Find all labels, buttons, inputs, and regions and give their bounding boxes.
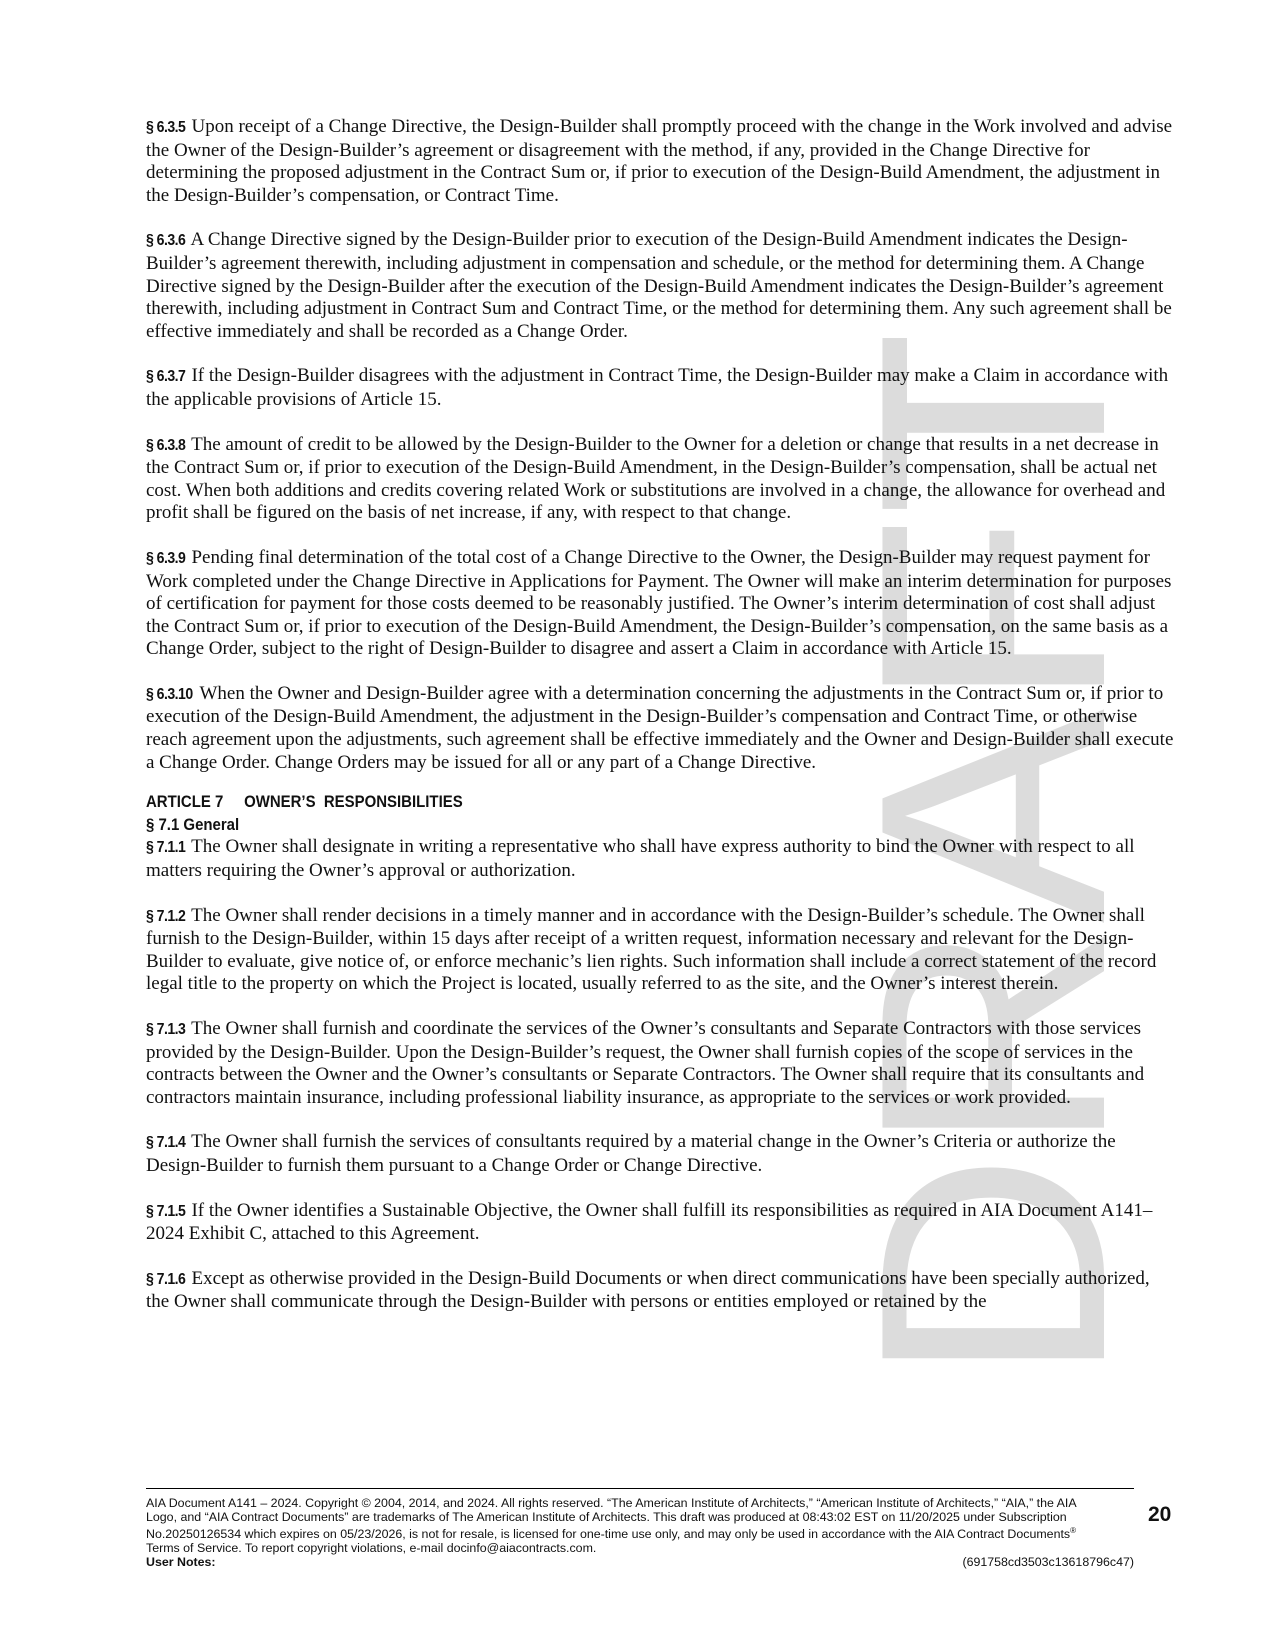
section-7-1-5: § 7.1.5 If the Owner identifies a Sustai… <box>146 1200 1176 1246</box>
copyright-text-end: Terms of Service. To report copyright vi… <box>146 1541 596 1555</box>
section-text: The Owner shall designate in writing a r… <box>146 836 1135 881</box>
section-7-1-1: § 7.1.1 The Owner shall designate in wri… <box>146 836 1176 882</box>
section-text: Pending final determination of the total… <box>146 547 1171 659</box>
subheading-general: § 7.1 General <box>146 814 239 836</box>
section-6-3-6: § 6.3.6 A Change Directive signed by the… <box>146 229 1176 343</box>
section-6-3-10: § 6.3.10 When the Owner and Design-Build… <box>146 683 1176 774</box>
article-title: ARTICLE 7 OWNER’S RESPONSIBILITIES <box>146 790 463 813</box>
section-number: § 6.3.8 <box>146 435 185 458</box>
article-heading: ARTICLE 7 OWNER’S RESPONSIBILITIES <box>146 788 1176 814</box>
footer-bottom-row: User Notes: (691758cd3503c13618796c47) <box>146 1556 1134 1570</box>
document-body: § 6.3.5 Upon receipt of a Change Directi… <box>146 116 1176 1336</box>
article-subheading: § 7.1 General <box>146 814 1176 837</box>
section-7-1-6: § 7.1.6 Except as otherwise provided in … <box>146 1268 1176 1314</box>
section-text: The Owner shall render decisions in a ti… <box>146 905 1156 995</box>
copyright-text: AIA Document A141 – 2024. Copyright © 20… <box>146 1496 1076 1541</box>
section-number: § 7.1.5 <box>146 1201 185 1224</box>
section-number: § 7.1.4 <box>146 1132 185 1155</box>
section-number: § 6.3.5 <box>146 117 185 140</box>
section-text: Upon receipt of a Change Directive, the … <box>146 116 1172 206</box>
section-number: § 6.3.10 <box>146 684 193 707</box>
section-text: If the Design-Builder disagrees with the… <box>146 365 1168 410</box>
section-number: § 7.1.3 <box>146 1019 185 1042</box>
page-number: 20 <box>1148 1503 1171 1527</box>
section-6-3-8: § 6.3.8 The amount of credit to be allow… <box>146 434 1176 525</box>
copyright-notice: AIA Document A141 – 2024. Copyright © 20… <box>146 1497 1106 1556</box>
section-text: Except as otherwise provided in the Desi… <box>146 1268 1150 1313</box>
section-number: § 6.3.7 <box>146 366 185 389</box>
document-id: (691758cd3503c13618796c47) <box>962 1556 1134 1570</box>
section-text: The Owner shall furnish and coordinate t… <box>146 1018 1144 1108</box>
section-number: § 7.1.6 <box>146 1269 185 1292</box>
section-7-1-2: § 7.1.2 The Owner shall render decisions… <box>146 905 1176 996</box>
section-7-1-4: § 7.1.4 The Owner shall furnish the serv… <box>146 1131 1176 1177</box>
section-number: § 6.3.9 <box>146 548 185 571</box>
section-6-3-7: § 6.3.7 If the Design-Builder disagrees … <box>146 365 1176 411</box>
registered-mark: ® <box>1070 1526 1076 1535</box>
section-number: § 6.3.6 <box>146 230 185 253</box>
user-notes-label: User Notes: <box>146 1556 216 1570</box>
section-6-3-5: § 6.3.5 Upon receipt of a Change Directi… <box>146 116 1176 207</box>
section-number: § 7.1.2 <box>146 906 185 929</box>
copyright-footer: AIA Document A141 – 2024. Copyright © 20… <box>146 1488 1134 1569</box>
section-6-3-9: § 6.3.9 Pending final determination of t… <box>146 547 1176 661</box>
section-text: The Owner shall furnish the services of … <box>146 1131 1116 1176</box>
section-text: When the Owner and Design-Builder agree … <box>146 683 1173 773</box>
section-text: The amount of credit to be allowed by th… <box>146 434 1165 524</box>
section-7-1-3: § 7.1.3 The Owner shall furnish and coor… <box>146 1018 1176 1109</box>
section-text: A Change Directive signed by the Design-… <box>146 229 1172 341</box>
section-text: If the Owner identifies a Sustainable Ob… <box>146 1200 1152 1245</box>
section-number: § 7.1.1 <box>146 837 185 860</box>
